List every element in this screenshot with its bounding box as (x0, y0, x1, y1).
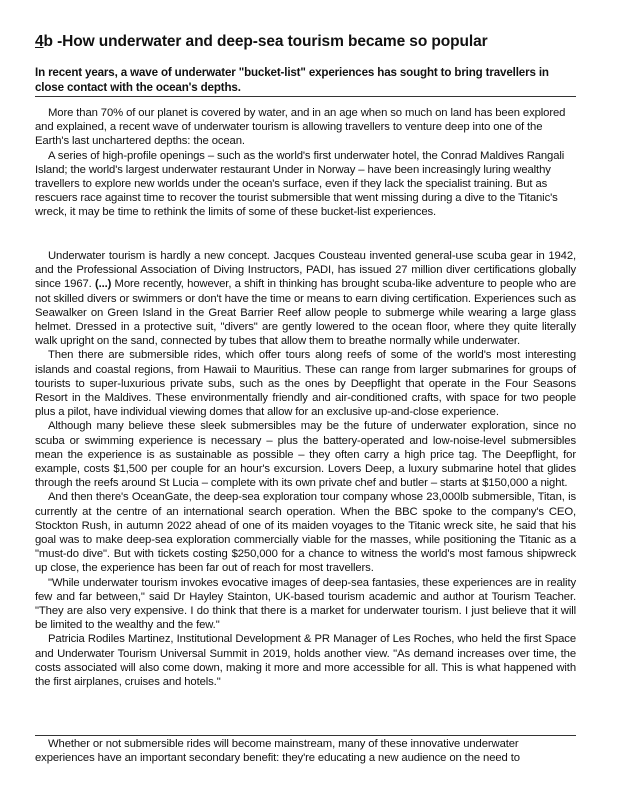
page-title: 4b -How underwater and deep-sea tourism … (35, 33, 488, 51)
body-paragraph: Then there are submersible rides, which … (35, 348, 576, 419)
ellipsis-marker: (...) (95, 278, 111, 290)
body-text: More recently, however, a shift in think… (35, 278, 576, 347)
body-paragraph: And then there's OceanGate, the deep-sea… (35, 490, 576, 575)
title-number: 4 (35, 33, 44, 50)
body-paragraph: Although many believe these sleek submer… (35, 419, 576, 490)
article-subtitle: In recent years, a wave of underwater "b… (35, 66, 576, 95)
body-paragraph: Patricia Rodiles Martinez, Institutional… (35, 632, 576, 689)
body-paragraph: "While underwater tourism invokes evocat… (35, 576, 576, 633)
divider-top (35, 96, 576, 97)
body-section: Underwater tourism is hardly a new conce… (35, 249, 576, 689)
closing-section: Whether or not submersible rides will be… (35, 737, 576, 765)
body-paragraph: Underwater tourism is hardly a new conce… (35, 249, 576, 348)
title-text: b -How underwater and deep-sea tourism b… (44, 33, 488, 50)
intro-paragraph: A series of high-profile openings – such… (35, 149, 576, 220)
closing-paragraph: Whether or not submersible rides will be… (35, 737, 576, 765)
divider-bottom (35, 735, 576, 736)
intro-paragraph: More than 70% of our planet is covered b… (35, 106, 576, 149)
intro-section: More than 70% of our planet is covered b… (35, 106, 576, 220)
